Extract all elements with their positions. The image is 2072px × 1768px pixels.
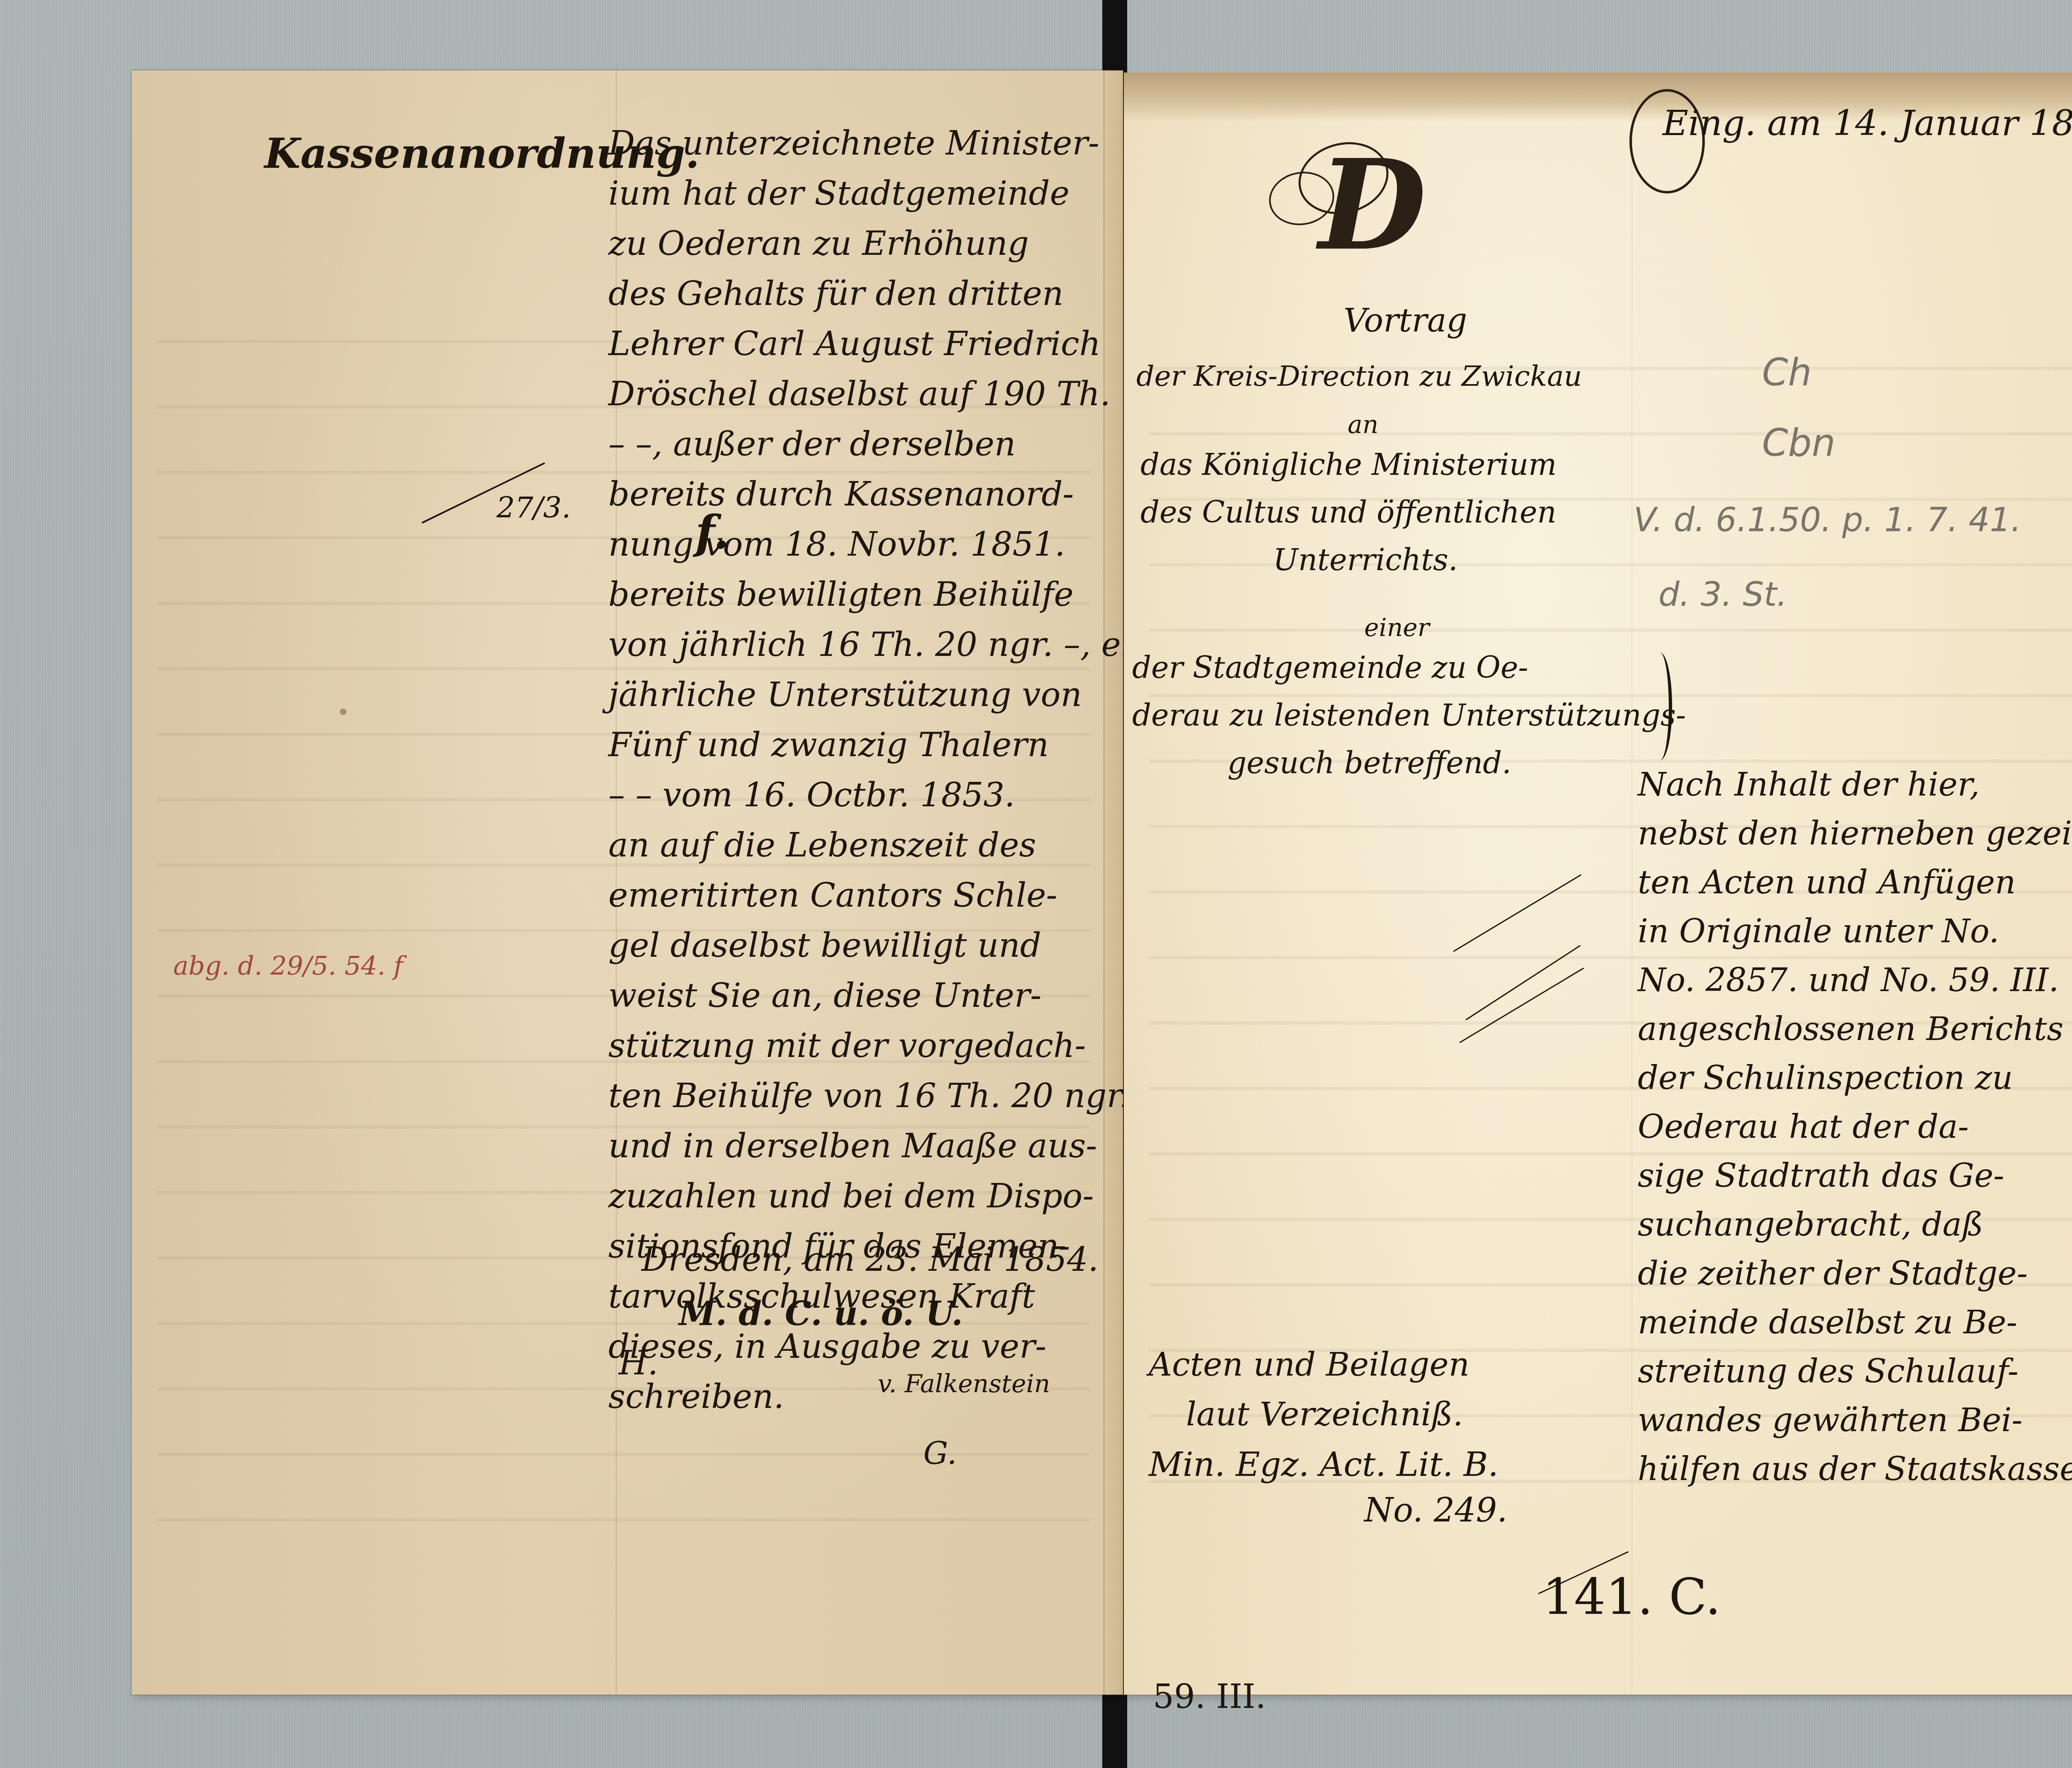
ministry-file-reference: Min. Egz. Act. Lit. B. (1149, 1448, 1498, 1481)
ink-spot (340, 709, 346, 715)
column-fold (1631, 97, 1632, 1695)
ministry-abbreviation: M. d. C. u. ö. U. (679, 1297, 963, 1330)
red-ink-note: abg. d. 29/5. 54. f (173, 953, 403, 979)
paraph-mark: G. (923, 1438, 957, 1469)
pencil-note: Ch (1762, 354, 1812, 392)
title-line: derau zu leistenden Unterstützungs- (1132, 700, 1686, 730)
body-line: weist Sie an, diese Unter- (608, 970, 1172, 1021)
line-fill-stroke (1465, 945, 1581, 1021)
body-line: meinde daselbst zu Be- (1638, 1298, 2072, 1347)
title-vortrag: Vortrag (1343, 305, 1467, 337)
margin-fraction-mark: 27/3. (496, 493, 571, 522)
body-line: nebst den hierneben gezeich- (1638, 809, 2072, 858)
body-line: No. 2857. und No. 59. III. (1638, 956, 2072, 1005)
title-line: der Stadtgemeinde zu Oe- (1132, 653, 1528, 682)
body-line: Lehrer Carl August Friedrich (608, 319, 1172, 369)
title-line: einer (1364, 615, 1430, 640)
body-line: zu Oederan zu Erhöhung (608, 218, 1172, 268)
body-line: die zeither der Stadtge- (1638, 1249, 2072, 1298)
body-line: Das unterzeichnete Minister- (608, 118, 1172, 168)
body-line: des Gehalts für den dritten (608, 268, 1172, 319)
pencil-note: Cbn (1762, 425, 1835, 462)
received-date: Eing. am 14. Januar 1857. (1663, 106, 2072, 141)
enclosures-line: laut Verzeichniß. (1186, 1398, 1463, 1431)
right-page: Eing. am 14. Januar 1857. 26. D Vortrag … (1124, 97, 2072, 1695)
body-line: bereits bewilligten Beihülfe (608, 569, 1172, 619)
body-line: an auf die Lebenszeit des (608, 820, 1172, 870)
place-date-line: Dresden, am 23. Mai 1854. (641, 1243, 1099, 1276)
body-line: wandes gewährten Bei- (1638, 1396, 2072, 1445)
body-line: der Schulinspection zu (1638, 1054, 2072, 1103)
body-line: sige Stadtrath das Ge- (1638, 1151, 2072, 1200)
big-ornamental-initial: D (1319, 143, 1426, 267)
body-line: gel daselbst bewilligt und (608, 920, 1172, 970)
footer-reference: 59. III. (1153, 1680, 1266, 1713)
body-line: Fünf und zwanzig Thalern (608, 720, 1172, 770)
body-line: nung vom 18. Novbr. 1851. (608, 519, 1172, 569)
body-line: – – vom 16. Octbr. 1853. (608, 770, 1172, 820)
body-line: – –, außer der derselben (608, 419, 1172, 469)
title-line: an (1348, 412, 1378, 437)
body-line: emeritirten Cantors Schle- (608, 870, 1172, 920)
body-line: hülfen aus der Staatskasse (1638, 1445, 2072, 1494)
file-number: No. 249. (1364, 1494, 1508, 1527)
body-line: jährliche Unterstützung von (608, 670, 1172, 720)
body-line: zuzahlen und bei dem Dispo- (608, 1171, 1172, 1221)
body-line: in Originale unter No. (1638, 907, 2072, 956)
body-line: ium hat der Stadtgemeinde (608, 168, 1172, 218)
title-line: gesuch betreffend. (1227, 748, 1511, 778)
body-line: ten Acten und Anfügen (1638, 858, 2072, 907)
left-page: Kassenanordnung. 27/3. f. abg. d. 29/5. … (132, 70, 1123, 1695)
left-body-text: Das unterzeichnete Minister- ium hat der… (608, 118, 1172, 1422)
right-body-text: Nach Inhalt der hier, nebst den hiernebe… (1638, 760, 2072, 1494)
body-line: bereits durch Kassenanord- (608, 469, 1172, 519)
body-line: Dröschel daselbst auf 190 Th. (608, 369, 1172, 419)
body-line: stützung mit der vorgedach- (608, 1021, 1172, 1071)
title-line: der Kreis-Direction zu Zwickau (1136, 363, 1582, 391)
registry-number: 141. C. (1542, 1572, 1721, 1622)
initial-mark: H. (619, 1347, 658, 1380)
line-fill-stroke (1459, 967, 1584, 1043)
brace-mark (1648, 653, 1672, 760)
title-line: Unterrichts. (1273, 545, 1458, 575)
body-line: angeschlossenen Berichts (1638, 1005, 2072, 1054)
enclosures-line: Acten und Beilagen (1149, 1349, 1469, 1381)
body-line: und in derselben Maaße aus- (608, 1121, 1172, 1171)
line-fill-stroke (1453, 874, 1581, 952)
pencil-note: V. d. 6.1.50. p. 1. 7. 41. (1634, 503, 2021, 537)
body-line: ten Beihülfe von 16 Th. 20 ngr. (608, 1071, 1172, 1121)
body-line: suchangebracht, daß (1638, 1200, 2072, 1249)
body-line: streitung des Schulauf- (1638, 1347, 2072, 1396)
body-line: von jährlich 16 Th. 20 ngr. –, eine (608, 619, 1172, 670)
title-line: das Königliche Ministerium (1140, 450, 1557, 479)
pencil-note: d. 3. St. (1658, 578, 1787, 611)
body-line: Oederau hat der da- (1638, 1103, 2072, 1151)
minister-signature: v. Falkenstein (878, 1371, 1050, 1396)
body-line: Nach Inhalt der hier, (1638, 760, 2072, 809)
title-line: des Cultus und öffentlichen (1140, 497, 1556, 527)
